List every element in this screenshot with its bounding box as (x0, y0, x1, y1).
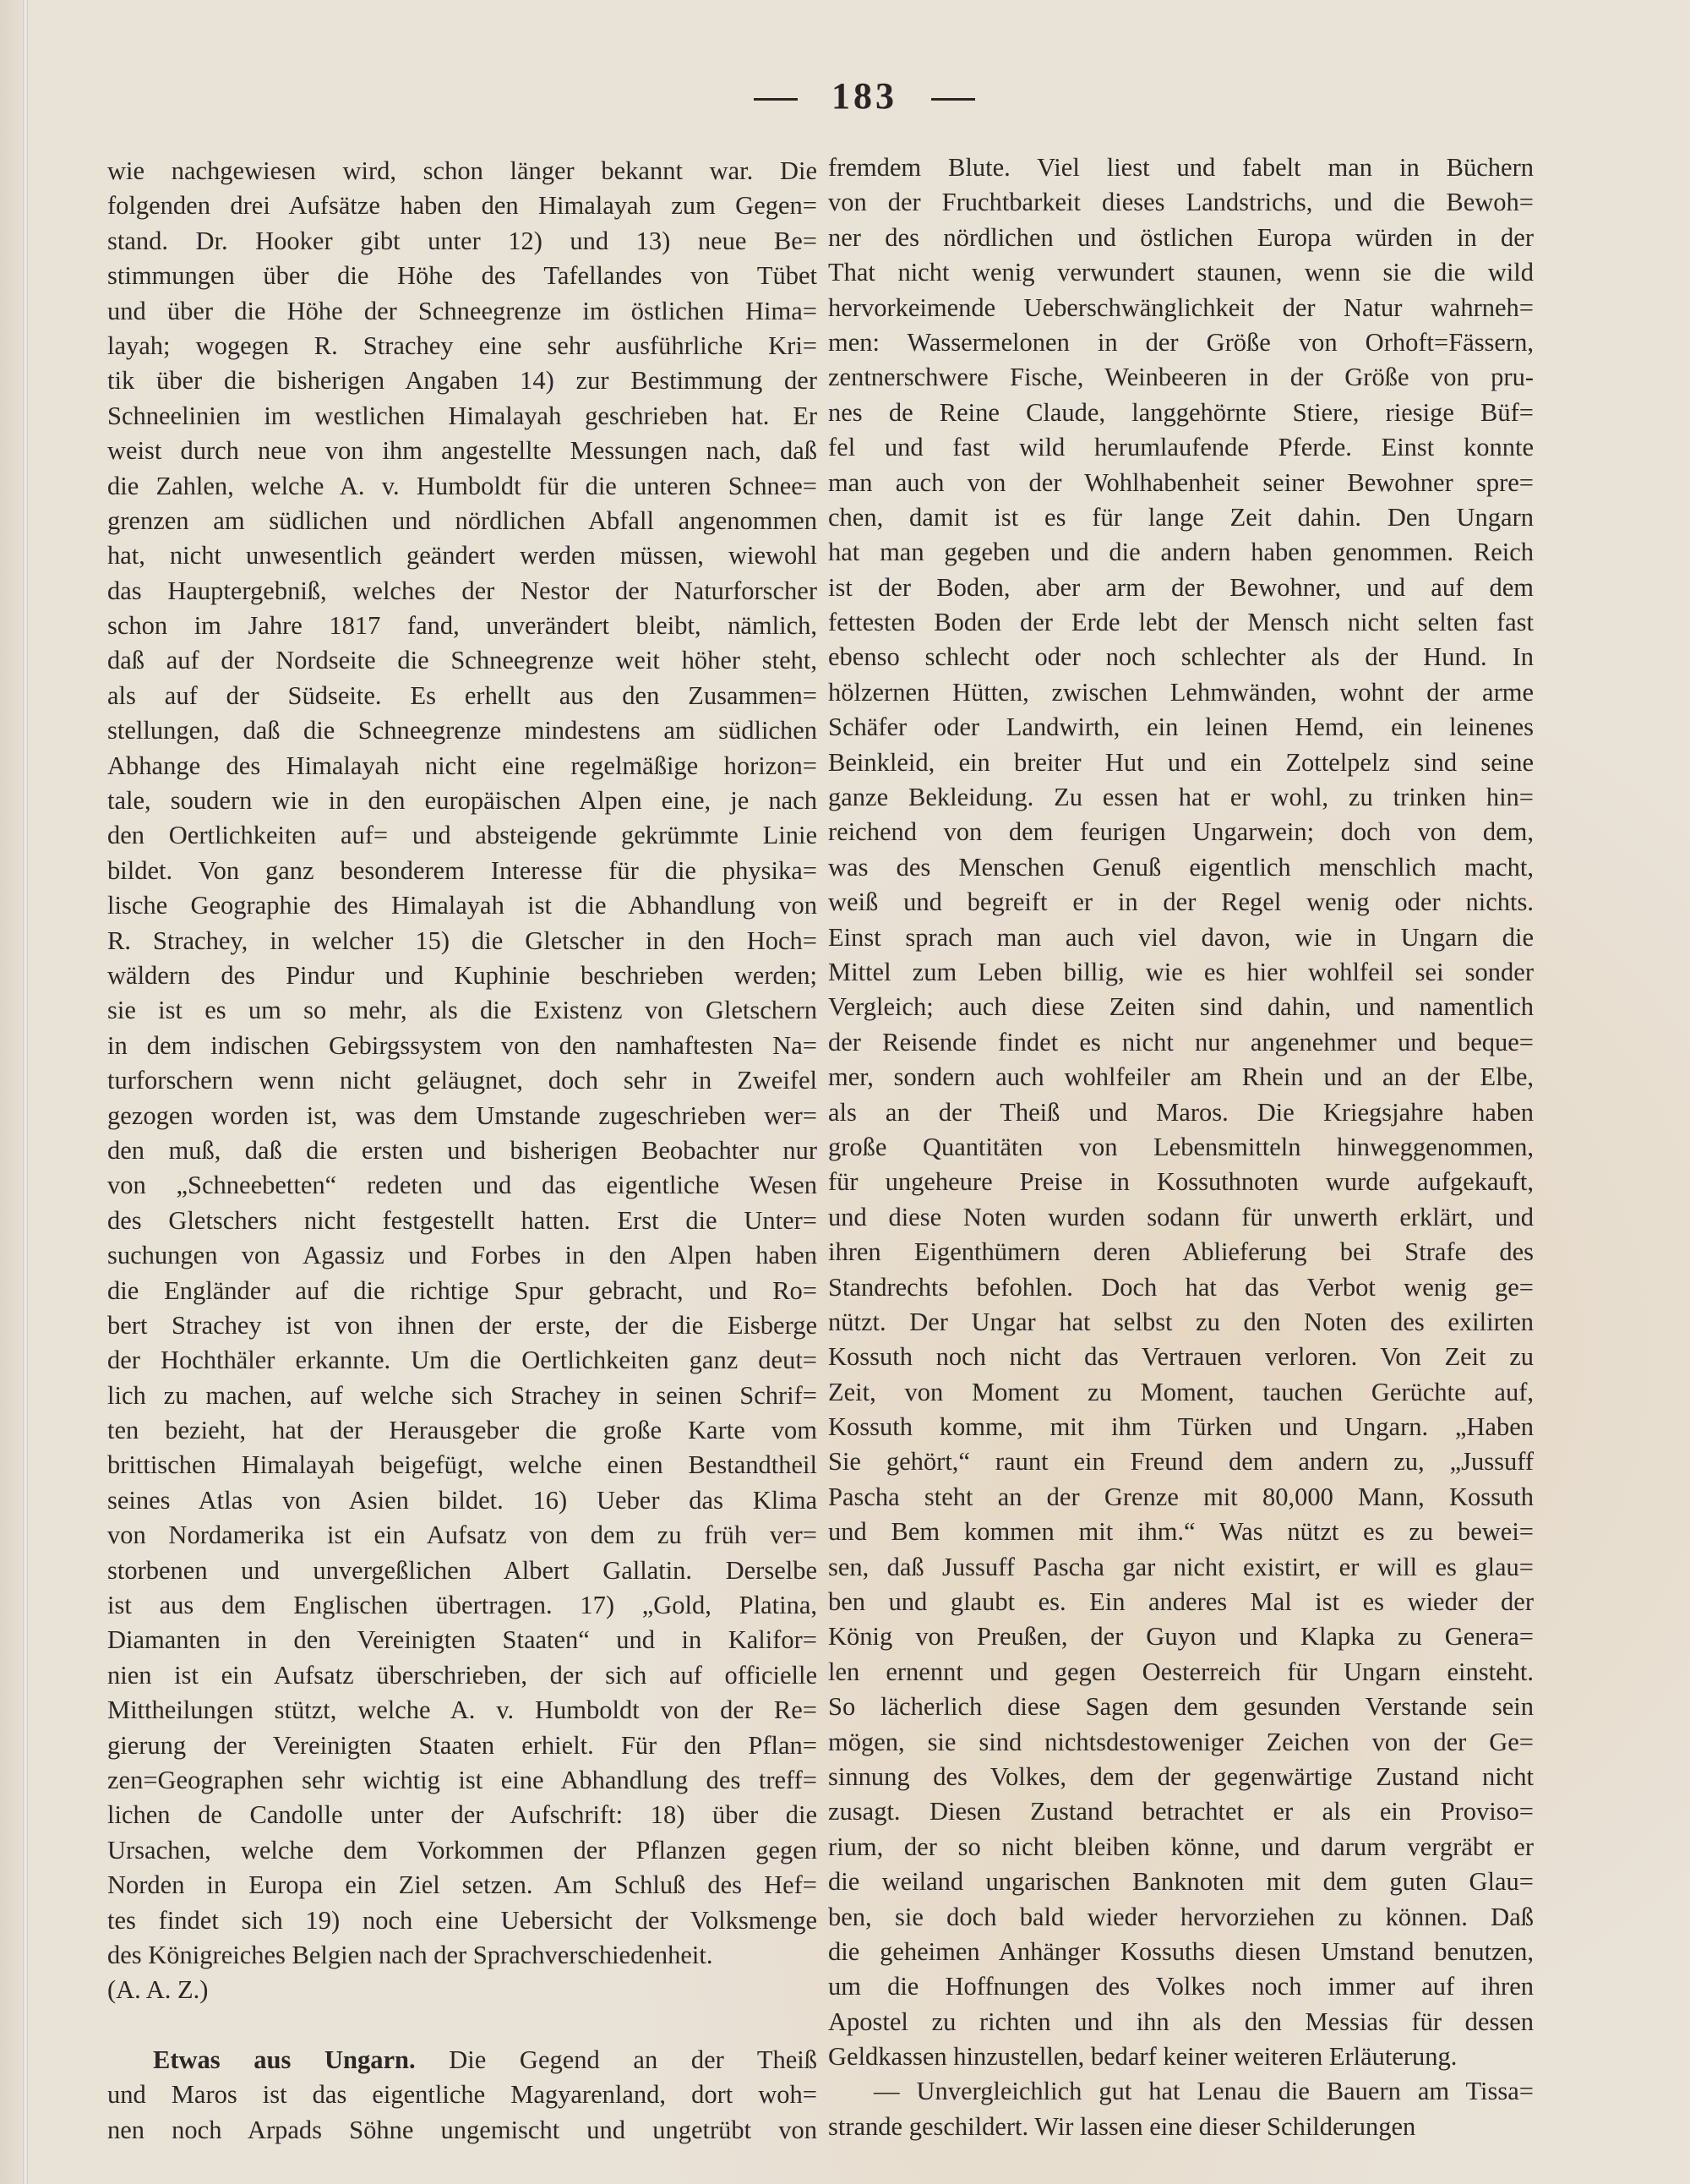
text-line: und über die Höhe der Schneegrenze im ös… (107, 294, 817, 329)
text-line: reichend von dem feurigen Ungarwein; doc… (828, 815, 1534, 849)
text-line: chen, damit ist es für lange Zeit dahin.… (828, 500, 1534, 535)
text-line: tale, soudern wie in den europäischen Al… (107, 784, 817, 818)
text-line: sen, daß Jussuff Pascha gar nicht existi… (828, 1550, 1534, 1585)
document-page: 183 wie nachgewiesen wird, schon länger … (28, 0, 1690, 2184)
text-line: weiß und begreift er in der Regel wenig … (828, 885, 1534, 920)
text-line: ben, sie doch bald wieder hervorziehen z… (828, 1900, 1534, 1935)
right-column: fremdem Blute. Viel liest und fabelt man… (828, 150, 1534, 2144)
text-line: des Königreiches Belgien nach der Sprach… (107, 1938, 817, 1973)
text-line: zen=Geographen sehr wichtig ist eine Abh… (107, 1763, 817, 1798)
page-number-header: 183 (28, 74, 1690, 117)
text-line: König von Preußen, der Guyon und Klapka … (828, 1619, 1534, 1654)
text-line: von der Fruchtbarkeit dieses Landstrichs… (828, 185, 1534, 220)
text-line: suchungen von Agassiz und Forbes in den … (107, 1238, 817, 1273)
text-line: lichen de Candolle unter der Aufschrift:… (107, 1798, 817, 1832)
text-line: That nicht wenig verwundert staunen, wen… (828, 255, 1534, 290)
text-line: gierung der Vereinigten Staaten erhielt.… (107, 1728, 817, 1763)
text-line: der Reisende findet es nicht nur angeneh… (828, 1025, 1534, 1060)
text-line: stellungen, daß die Schneegrenze mindest… (107, 713, 817, 748)
text-line: zentnerschwere Fische, Weinbeeren in der… (828, 360, 1534, 395)
text-line: Schneelinien im westlichen Himalayah ges… (107, 399, 817, 434)
text-line: hat, nicht unwesentlich geändert werden … (107, 538, 817, 573)
text-line: brittischen Himalayah beigefügt, welche … (107, 1448, 817, 1482)
header-dash-left (754, 98, 798, 101)
text-line: Einst sprach man auch viel davon, wie in… (828, 920, 1534, 955)
text-line: als auf der Südseite. Es erhellt aus den… (107, 679, 817, 713)
text-line: Schäfer oder Landwirth, ein leinen Hemd,… (828, 710, 1534, 745)
spacer (107, 2008, 817, 2043)
text-line: sie ist es um so mehr, als die Existenz … (107, 993, 817, 1028)
text-line: um die Hoffnungen des Volkes noch immer … (828, 1969, 1534, 2004)
text-line: ebenso schlecht oder noch schlechter als… (828, 640, 1534, 674)
text-line: Kossuth noch nicht das Vertrauen verlore… (828, 1340, 1534, 1374)
text-line: Geldkassen hinzustellen, bedarf keiner w… (828, 2039, 1534, 2074)
text-line: das Hauptergebniß, welches der Nestor de… (107, 574, 817, 609)
previous-page-edge (0, 0, 22, 2184)
text-line: Norden in Europa ein Ziel setzen. Am Sch… (107, 1868, 817, 1903)
text-line: R. Strachey, in welcher 15) die Gletsche… (107, 924, 817, 958)
text-line: — Unvergleichlich gut hat Lenau die Baue… (828, 2074, 1534, 2109)
text-line: tes findet sich 19) noch eine Uebersicht… (107, 1903, 817, 1938)
text-line: in dem indischen Gebirgssystem von den n… (107, 1029, 817, 1063)
text-line: Vergleich; auch diese Zeiten sind dahin,… (828, 990, 1534, 1024)
text-line: ner des nördlichen und östlichen Europa … (828, 221, 1534, 255)
text-line: die weiland ungarischen Banknoten mit de… (828, 1865, 1534, 1899)
text-line: man auch von der Wohlhabenheit seiner Be… (828, 466, 1534, 500)
text-line: mer, sondern auch wohlfeiler am Rhein un… (828, 1060, 1534, 1095)
text-line: sinnung des Volkes, dem der gegenwärtige… (828, 1760, 1534, 1794)
section-first-line: Etwas aus Ungarn. Die Gegend an der Thei… (107, 2043, 817, 2078)
text-line: bildet. Von ganz besonderem Interesse fü… (107, 854, 817, 888)
text-line: die Engländer auf die richtige Spur gebr… (107, 1274, 817, 1308)
text-line: ist der Boden, aber arm der Bewohner, un… (828, 571, 1534, 605)
text-line: von „Schneebetten“ redeten und das eigen… (107, 1168, 817, 1203)
text-line: gezogen worden ist, was dem Umstande zug… (107, 1099, 817, 1133)
text-line: bert Strachey ist von ihnen der erste, d… (107, 1308, 817, 1343)
text-line: die geheimen Anhänger Kossuths diesen Um… (828, 1935, 1534, 1969)
text-line: rium, der so nicht bleiben könne, und da… (828, 1830, 1534, 1865)
text-line: des Gletschers nicht festgestellt hatten… (107, 1204, 817, 1238)
text-line: nützt. Der Ungar hat selbst zu den Noten… (828, 1305, 1534, 1340)
text-line: lich zu machen, auf welche sich Strachey… (107, 1379, 817, 1413)
text-line: was des Menschen Genuß eigentlich mensch… (828, 850, 1534, 885)
text-line: Zeit, von Moment zu Moment, tauchen Gerü… (828, 1375, 1534, 1410)
text-line: und diese Noten wurden sodann für unwert… (828, 1200, 1534, 1235)
header-dash-right (931, 98, 975, 101)
text-line: und Bem kommen mit ihm.“ Was nützt es zu… (828, 1515, 1534, 1549)
text-line: tik über die bisherigen Angaben 14) zur … (107, 363, 817, 398)
text-line: die Zahlen, welche A. v. Humboldt für di… (107, 469, 817, 504)
text-line: Kossuth komme, mit ihm Türken und Ungarn… (828, 1410, 1534, 1444)
text-line: hat man gegeben und die andern haben gen… (828, 535, 1534, 570)
text-line: folgenden drei Aufsätze haben den Himala… (107, 188, 817, 223)
text-line: layah; wogegen R. Strachey eine sehr aus… (107, 329, 817, 363)
text-line: ben und glaubt es. Ein anderes Mal ist e… (828, 1585, 1534, 1619)
text-line: wäldern des Pindur und Kuphinie beschrie… (107, 958, 817, 993)
text-line: fel und fast wild herumlaufende Pferde. … (828, 430, 1534, 465)
text-line: mögen, sie sind nichtsdestoweniger Zeich… (828, 1725, 1534, 1760)
text-line: len ernennt und gegen Oesterreich für Un… (828, 1655, 1534, 1690)
text-line: Apostel zu richten und ihn als den Messi… (828, 2005, 1534, 2039)
text-line: stimmungen über die Höhe des Tafellandes… (107, 259, 817, 293)
text-line: stand. Dr. Hooker gibt unter 12) und 13)… (107, 224, 817, 259)
page-number: 183 (831, 75, 897, 117)
text-line: turforschern wenn nicht geläugnet, doch … (107, 1063, 817, 1098)
text-line: fremdem Blute. Viel liest und fabelt man… (828, 150, 1534, 185)
text-line: den muß, daß die ersten und bisherigen B… (107, 1133, 817, 1168)
text-line: weist durch neue von ihm angestellte Mes… (107, 434, 817, 468)
text-line: ganze Bekleidung. Zu essen hat er wohl, … (828, 780, 1534, 815)
text-line: hölzernen Hütten, zwischen Lehmwänden, w… (828, 675, 1534, 710)
text-line: Diamanten in den Vereinigten Staaten“ un… (107, 1623, 817, 1657)
text-line: schon im Jahre 1817 fand, unverändert bl… (107, 609, 817, 643)
text-line: Abhange des Himalayah nicht eine regelmä… (107, 749, 817, 784)
text-line: zusagt. Diesen Zustand betrachtet er als… (828, 1794, 1534, 1829)
text-line: ten bezieht, hat der Herausgeber die gro… (107, 1413, 817, 1448)
text-line: Standrechts befohlen. Doch hat das Verbo… (828, 1270, 1534, 1305)
text-line: ihren Eigenthümern deren Ablieferung bei… (828, 1235, 1534, 1269)
text-line: nes de Reine Claude, langgehörnte Stiere… (828, 396, 1534, 430)
text-line: strande geschildert. Wir lassen eine die… (828, 2110, 1534, 2144)
text-line: fettesten Boden der Erde lebt der Mensch… (828, 605, 1534, 640)
text-line: storbenen und unvergeßlichen Albert Gall… (107, 1553, 817, 1588)
source-note: (A. A. Z.) (107, 1973, 817, 2007)
text-line: hervorkeimende Ueberschwänglichkeit der … (828, 291, 1534, 325)
text-line: grenzen am südlichen und nördlichen Abfa… (107, 504, 817, 538)
text-line: Ursachen, welche dem Vorkommen der Pflan… (107, 1833, 817, 1868)
text-line: und Maros ist das eigentliche Magyarenla… (107, 2078, 817, 2112)
text-line: Mittheilungen stützt, welche A. v. Humbo… (107, 1693, 817, 1728)
text-line: seines Atlas von Asien bildet. 16) Ueber… (107, 1483, 817, 1518)
text-line: nien ist ein Aufsatz überschrieben, der … (107, 1658, 817, 1693)
text-line: Mittel zum Leben billig, wie es hier woh… (828, 955, 1534, 990)
text-line: große Quantitäten von Lebensmitteln hinw… (828, 1130, 1534, 1165)
section-first-line-text: Die Gegend an der Theiß (449, 2045, 817, 2074)
text-line: den Oertlichkeiten auf= und absteigende … (107, 818, 817, 853)
text-line: der Hochthäler erkannte. Um die Oertlich… (107, 1343, 817, 1378)
text-line: Sie gehört,“ raunt ein Freund dem andern… (828, 1444, 1534, 1479)
left-column: wie nachgewiesen wird, schon länger beka… (107, 154, 817, 2148)
text-line: nen noch Arpads Söhne ungemischt und ung… (107, 2113, 817, 2148)
text-line: von Nordamerika ist ein Aufsatz von dem … (107, 1518, 817, 1553)
text-line: Pascha steht an der Grenze mit 80,000 Ma… (828, 1480, 1534, 1515)
text-line: wie nachgewiesen wird, schon länger beka… (107, 154, 817, 188)
text-line: als an der Theiß und Maros. Die Kriegsja… (828, 1095, 1534, 1130)
text-line: für ungeheure Preise in Kossuthnoten wur… (828, 1165, 1534, 1199)
text-line: ist aus dem Englischen übertragen. 17) „… (107, 1588, 817, 1623)
text-line: Beinkleid, ein breiter Hut und ein Zotte… (828, 745, 1534, 780)
text-line: So lächerlich diese Sagen dem gesunden V… (828, 1690, 1534, 1724)
text-line: lische Geographie des Himalayah ist die … (107, 888, 817, 923)
text-line: men: Wassermelonen in der Größe von Orho… (828, 325, 1534, 360)
section-heading: Etwas aus Ungarn. (153, 2045, 416, 2074)
text-line: daß auf der Nordseite die Schneegrenze w… (107, 643, 817, 678)
